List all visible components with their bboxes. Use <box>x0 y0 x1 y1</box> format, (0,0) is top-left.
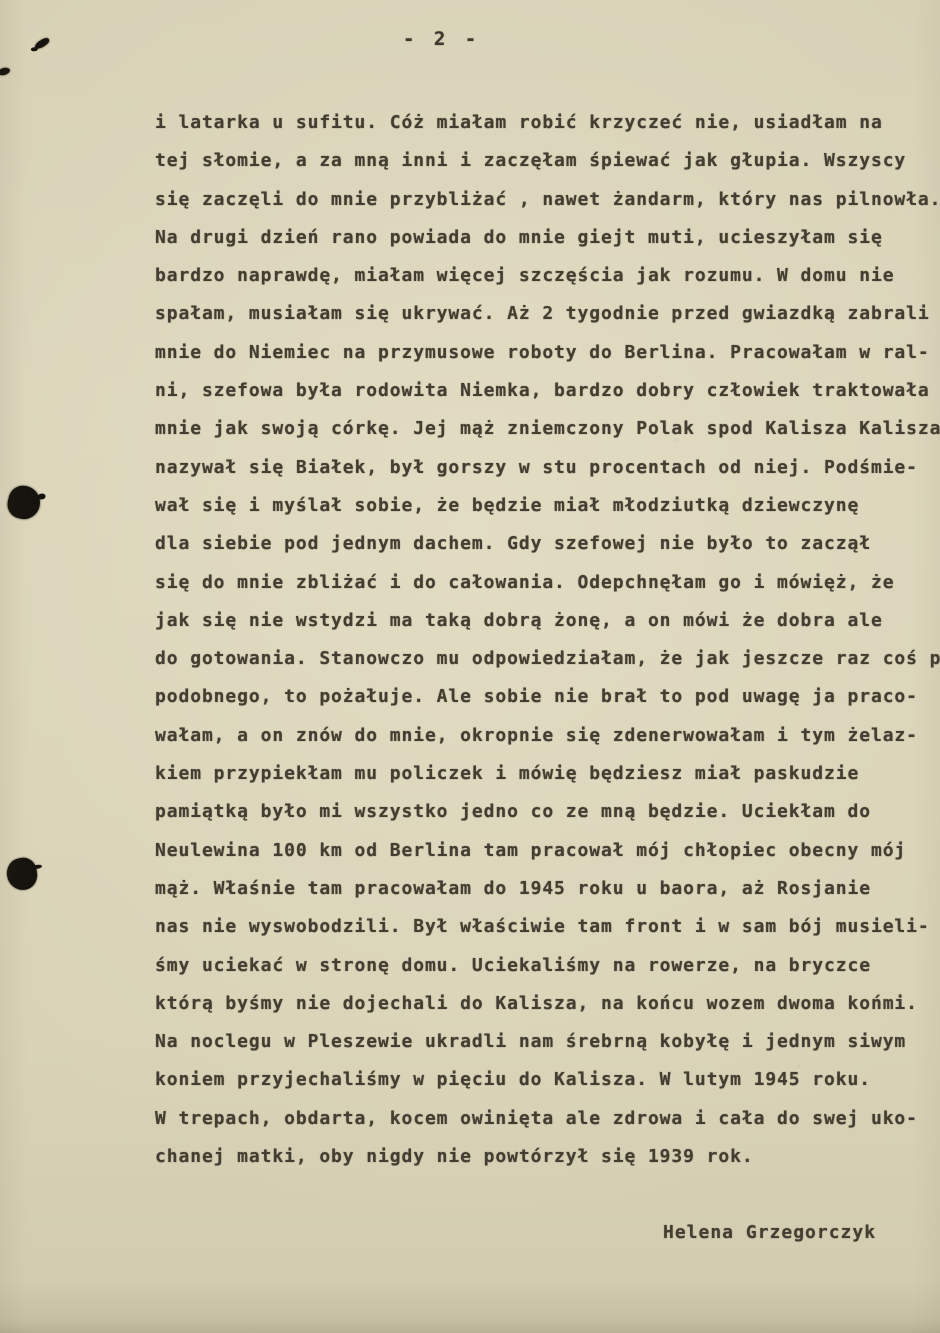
typewritten-line: mąż. Właśnie tam pracowałam do 1945 roku… <box>155 870 940 908</box>
ink-speck <box>0 67 11 77</box>
typewritten-line: spałam, musiałam się ukrywać. Aż 2 tygod… <box>155 295 940 333</box>
typewritten-line: wał się i myślał sobie, że będzie miał m… <box>155 487 940 525</box>
typewritten-line: którą byśmy nie dojechali do Kalisza, na… <box>155 985 940 1023</box>
ink-blot <box>5 856 39 892</box>
typewritten-line: nas nie wyswobodzili. Był właściwie tam … <box>155 908 940 946</box>
typewritten-line: mnie jak swoją córkę. Jej mąż zniemczony… <box>155 410 940 448</box>
ink-speck <box>33 37 50 51</box>
typewritten-line: się zaczęli do mnie przybliżać , nawet ż… <box>155 181 940 219</box>
typewritten-line: Neulewina 100 km od Berlina tam pracował… <box>155 832 940 870</box>
scanned-typewritten-page: - 2 - i latarka u sufitu. Cóż miałam rob… <box>0 0 940 1333</box>
typewritten-line: Na noclegu w Pleszewie ukradli nam śrebr… <box>155 1023 940 1061</box>
typewritten-line: się do mnie zbliżać i do całowania. Odep… <box>155 564 940 602</box>
typewritten-line: podobnego, to pożałuje. Ale sobie nie br… <box>155 678 940 716</box>
typewritten-line: jak się nie wstydzi ma taką dobrą żonę, … <box>155 602 940 640</box>
typewritten-body: i latarka u sufitu. Cóż miałam robić krz… <box>155 104 940 1176</box>
typewritten-line: i latarka u sufitu. Cóż miałam robić krz… <box>155 104 940 142</box>
typewritten-line: mnie do Niemiec na przymusowe roboty do … <box>155 334 940 372</box>
typewritten-line: nazywał się Białek, był gorszy w stu pro… <box>155 449 940 487</box>
typewritten-line: wałam, a on znów do mnie, okropnie się z… <box>155 717 940 755</box>
typewritten-line: do gotowania. Stanowczo mu odpowiedziała… <box>155 640 940 678</box>
typewritten-line: bardzo naprawdę, miałam więcej szczęścia… <box>155 257 940 295</box>
typewritten-line: chanej matki, oby nigdy nie powtórzył si… <box>155 1138 940 1176</box>
typewritten-line: tej słomie, a za mną inni i zaczęłam śpi… <box>155 142 940 180</box>
ink-blot <box>5 483 43 522</box>
typewritten-line: kiem przypiekłam mu policzek i mówię będ… <box>155 755 940 793</box>
typewritten-line: ni, szefowa była rodowita Niemka, bardzo… <box>155 372 940 410</box>
page-number: - 2 - <box>403 28 480 50</box>
typewritten-line: dla siebie pod jednym dachem. Gdy szefow… <box>155 525 940 563</box>
typewritten-line: Na drugi dzień rano powiada do mnie giej… <box>155 219 940 257</box>
typewritten-line: W trepach, obdarta, kocem owinięta ale z… <box>155 1100 940 1138</box>
typewritten-line: pamiątką było mi wszystko jedno co ze mn… <box>155 793 940 831</box>
typewritten-line: śmy uciekać w stronę domu. Uciekaliśmy n… <box>155 947 940 985</box>
typewritten-line: koniem przyjechaliśmy w pięciu do Kalisz… <box>155 1061 940 1099</box>
signature: Helena Grzegorczyk <box>663 1222 876 1243</box>
